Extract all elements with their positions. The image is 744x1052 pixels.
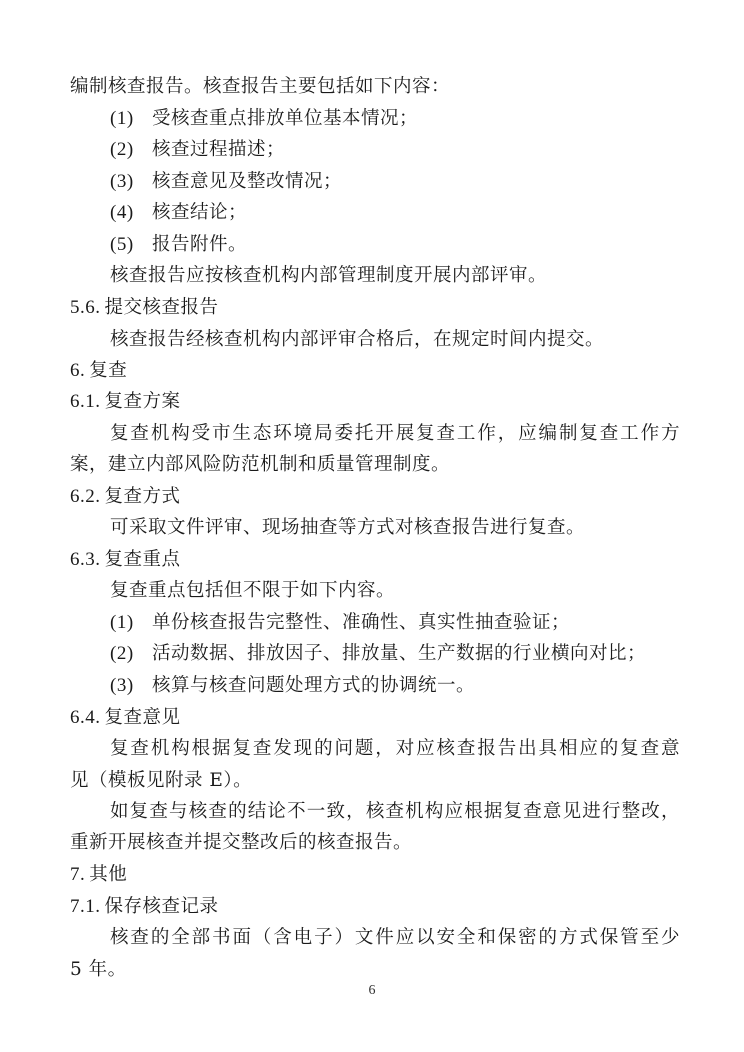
section-number: 6.1.	[70, 391, 101, 412]
list-number: (2)	[110, 642, 152, 666]
section-number: 6.4.	[70, 707, 101, 728]
list-item: (1)单份核查报告完整性、准确性、真实性抽查验证；	[110, 611, 720, 635]
list-number: (3)	[110, 170, 152, 194]
paragraph-line: 核查报告经核查机构内部评审合格后，在规定时间内提交。	[110, 328, 720, 352]
list-text: 活动数据、排放因子、排放量、生产数据的行业横向对比；	[152, 643, 646, 664]
list-text: 单份核查报告完整性、准确性、真实性抽查验证；	[152, 612, 570, 633]
paragraph-line: 复查重点包括但不限于如下内容。	[110, 579, 720, 603]
paragraph-line: 复查机构受市生态环境局委托开展复查工作，应编制复查工作方	[110, 422, 680, 446]
list-item: (3)核算与核查问题处理方式的协调统一。	[110, 674, 720, 698]
section-heading-6: 6.复查	[70, 359, 680, 383]
list-number: (3)	[110, 674, 152, 698]
list-text: 受核查重点排放单位基本情况；	[152, 108, 418, 129]
section-number: 7.	[70, 864, 85, 885]
list-item: (3)核查意见及整改情况；	[110, 170, 720, 194]
paragraph-line: 编制核查报告。核查报告主要包括如下内容：	[70, 75, 680, 99]
section-title: 保存核查记录	[105, 896, 219, 917]
paragraph-line: 核查报告应按核查机构内部管理制度开展内部评审。	[110, 264, 720, 288]
paragraph-line: 案，建立内部风险防范机制和质量管理制度。	[70, 453, 680, 477]
paragraph-line: 可采取文件评审、现场抽查等方式对核查报告进行复查。	[110, 516, 720, 540]
section-heading-6-1: 6.1.复查方案	[70, 390, 680, 414]
section-heading-7-1: 7.1.保存核查记录	[70, 895, 680, 919]
section-title: 复查意见	[105, 707, 181, 728]
list-text: 核查结论；	[152, 202, 247, 223]
paragraph-line: 核查的全部书面（含电子）文件应以安全和保密的方式保管至少	[110, 926, 680, 950]
section-heading-5-6: 5.6.提交核查报告	[70, 296, 680, 320]
list-number: (5)	[110, 233, 152, 257]
document-page: 编制核查报告。核查报告主要包括如下内容： (1)受核查重点排放单位基本情况； (…	[0, 0, 744, 1052]
list-item: (5)报告附件。	[110, 233, 720, 257]
list-text: 核查过程描述；	[152, 139, 285, 160]
list-number: (1)	[110, 611, 152, 635]
section-number: 6.3.	[70, 549, 101, 570]
section-title: 其他	[89, 864, 127, 885]
section-title: 复查重点	[105, 549, 181, 570]
section-number: 6.	[70, 360, 85, 381]
list-item: (2)核查过程描述；	[110, 138, 720, 162]
paragraph-line: 如复查与核查的结论不一致，核查机构应根据复查意见进行整改，	[110, 800, 680, 824]
section-title: 复查	[89, 360, 127, 381]
paragraph-line: 重新开展核查并提交整改后的核查报告。	[70, 831, 680, 855]
section-heading-6-3: 6.3.复查重点	[70, 548, 680, 572]
section-heading-7: 7.其他	[70, 863, 680, 887]
list-item: (2)活动数据、排放因子、排放量、生产数据的行业横向对比；	[110, 642, 720, 666]
list-item: (4)核查结论；	[110, 201, 720, 225]
list-number: (4)	[110, 201, 152, 225]
paragraph-line: 5 年。	[70, 958, 680, 982]
section-title: 提交核查报告	[105, 297, 219, 318]
paragraph-line: 复查机构根据复查发现的问题，对应核查报告出具相应的复查意	[110, 737, 680, 761]
section-heading-6-2: 6.2.复查方式	[70, 485, 680, 509]
list-number: (2)	[110, 138, 152, 162]
section-heading-6-4: 6.4.复查意见	[70, 706, 680, 730]
section-number: 5.6.	[70, 297, 101, 318]
section-number: 6.2.	[70, 486, 101, 507]
list-item: (1)受核查重点排放单位基本情况；	[110, 107, 720, 131]
list-text: 核算与核查问题处理方式的协调统一。	[152, 675, 475, 696]
page-number: 6	[0, 983, 744, 999]
list-text: 报告附件。	[152, 234, 247, 255]
section-number: 7.1.	[70, 896, 101, 917]
list-text: 核查意见及整改情况；	[152, 171, 342, 192]
list-number: (1)	[110, 107, 152, 131]
section-title: 复查方式	[105, 486, 181, 507]
paragraph-line: 见（模板见附录 E）。	[70, 769, 680, 793]
section-title: 复查方案	[105, 391, 181, 412]
